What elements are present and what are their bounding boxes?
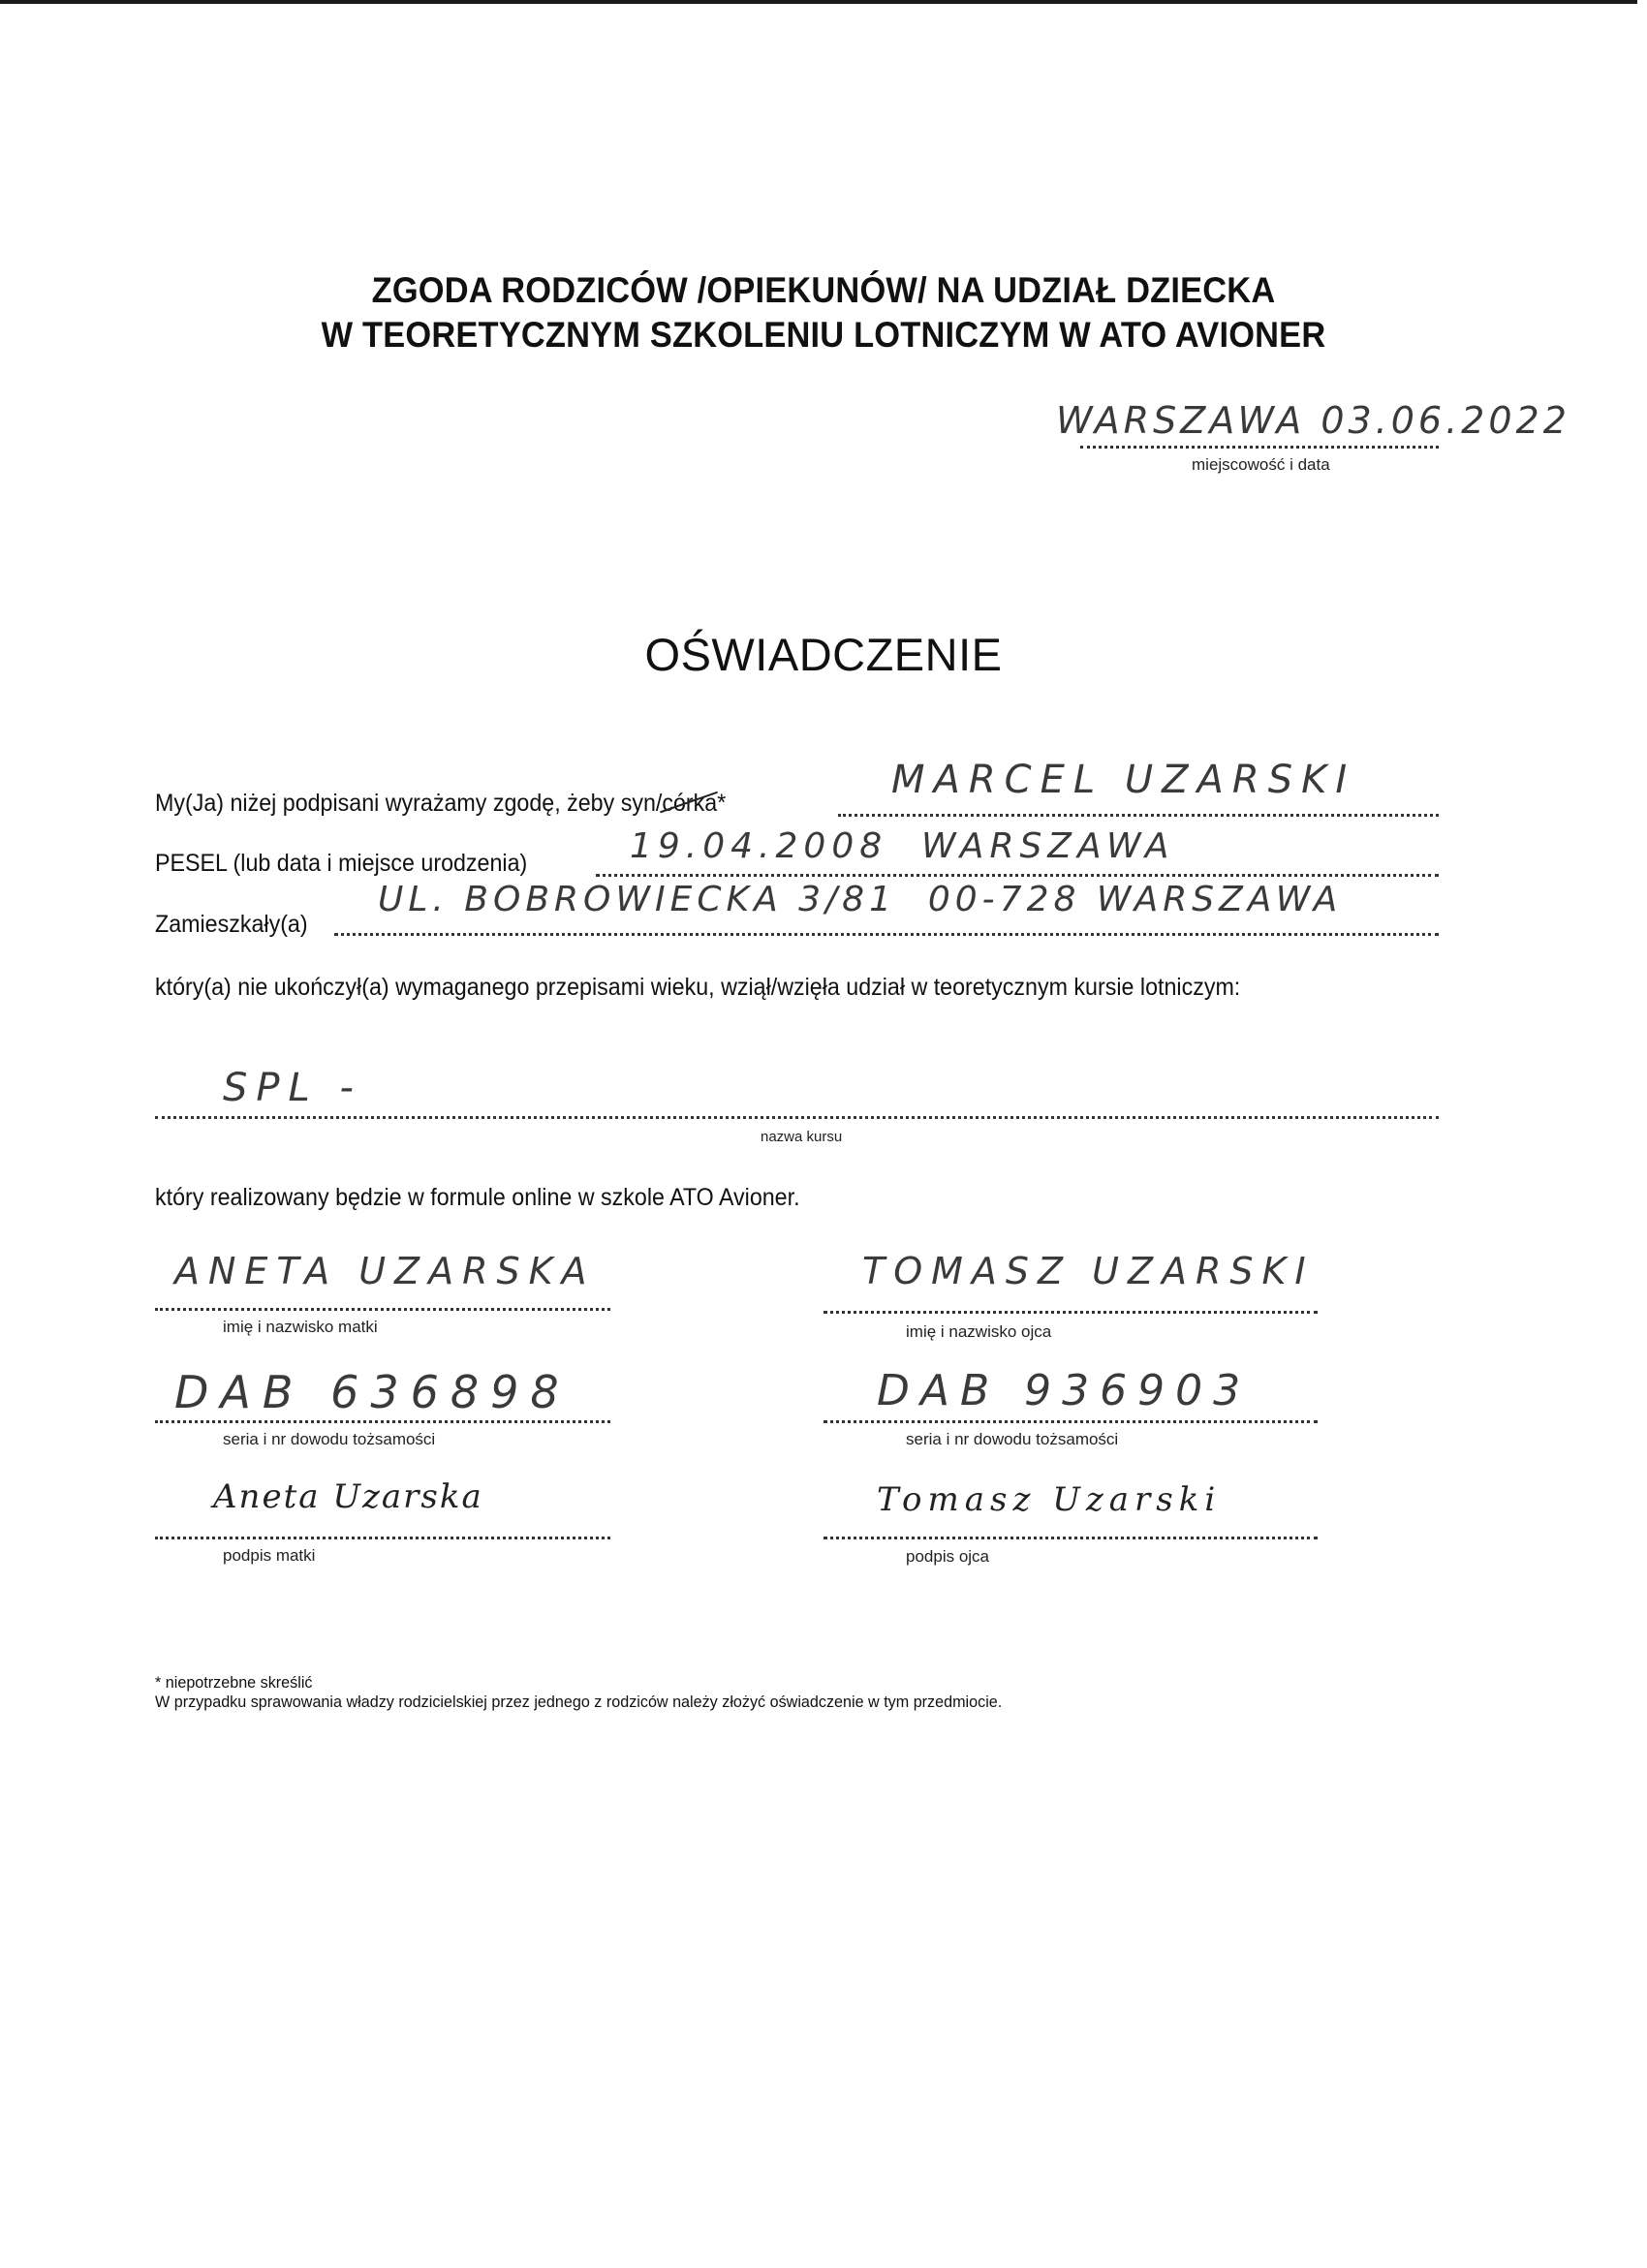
address-value[interactable]: UL. BOBROWIECKA 3/81 00-728 WARSZAWA <box>378 880 1342 919</box>
mother-signature-caption: podpis matki <box>223 1546 315 1566</box>
course-name-caption: nazwa kursu <box>761 1129 842 1145</box>
father-signature[interactable]: Tomasz Uzarski <box>877 1480 1221 1519</box>
birth-info-line <box>596 874 1439 877</box>
mother-name-line <box>155 1308 610 1311</box>
course-name-value[interactable]: SPL - <box>223 1066 362 1110</box>
online-format-statement: który realizowany będzie w formule onlin… <box>155 1184 800 1212</box>
mother-id-value[interactable]: DAB 636898 <box>174 1366 571 1418</box>
father-signature-caption: podpis ojca <box>906 1547 989 1567</box>
mother-signature[interactable]: Aneta Uzarska <box>213 1477 483 1516</box>
pesel-label: PESEL (lub data i miejsce urodzenia) <box>155 850 527 878</box>
age-statement: który(a) nie ukończył(a) wymaganego prze… <box>155 974 1240 1002</box>
place-date-value[interactable]: WARSZAWA 03.06.2022 <box>1056 399 1570 442</box>
struck-option-corka: córka <box>662 790 717 817</box>
father-id-caption: seria i nr dowodu tożsamości <box>906 1430 1118 1449</box>
child-name-value[interactable]: MARCEL UZARSKI <box>891 758 1355 802</box>
father-name-caption: imię i nazwisko ojca <box>906 1322 1051 1342</box>
father-signature-line <box>823 1537 1318 1539</box>
mother-id-line <box>155 1420 610 1423</box>
document-title: ZGODA RODZICÓW /OPIEKUNÓW/ NA UDZIAŁ DZI… <box>58 268 1590 357</box>
place-date-caption: miejscowość i data <box>1192 455 1330 475</box>
consent-label: My(Ja) niżej podpisani wyrażamy zgodę, ż… <box>155 790 726 818</box>
asterisk: * <box>717 790 726 817</box>
mother-name-value[interactable]: ANETA UZARSKA <box>174 1250 596 1292</box>
scan-edge <box>0 0 1637 4</box>
place-date-line <box>1080 446 1439 449</box>
course-name-line <box>155 1116 1439 1119</box>
consent-label-prefix: My(Ja) niżej podpisani wyrażamy zgodę, ż… <box>155 790 662 817</box>
father-id-value[interactable]: DAB 936903 <box>877 1366 1251 1415</box>
mother-name-caption: imię i nazwisko matki <box>223 1318 378 1337</box>
statement-heading: OŚWIADCZENIE <box>0 628 1647 681</box>
address-line <box>334 933 1439 936</box>
footnote-single-parent: W przypadku sprawowania władzy rodziciel… <box>155 1693 1002 1712</box>
address-label: Zamieszkały(a) <box>155 911 308 939</box>
mother-signature-line <box>155 1537 610 1539</box>
child-name-line <box>838 814 1439 817</box>
footnote-asterisk: * niepotrzebne skreślić <box>155 1673 312 1693</box>
title-line-1: ZGODA RODZICÓW /OPIEKUNÓW/ NA UDZIAŁ DZI… <box>58 268 1590 313</box>
mother-id-caption: seria i nr dowodu tożsamości <box>223 1430 435 1449</box>
father-id-line <box>823 1420 1318 1423</box>
father-name-line <box>823 1311 1318 1314</box>
title-line-2: W TEORETYCZNYM SZKOLENIU LOTNICZYM W ATO… <box>58 313 1590 357</box>
birth-info-value[interactable]: 19.04.2008 WARSZAWA <box>630 826 1174 866</box>
father-name-value[interactable]: TOMASZ UZARSKI <box>862 1250 1315 1292</box>
